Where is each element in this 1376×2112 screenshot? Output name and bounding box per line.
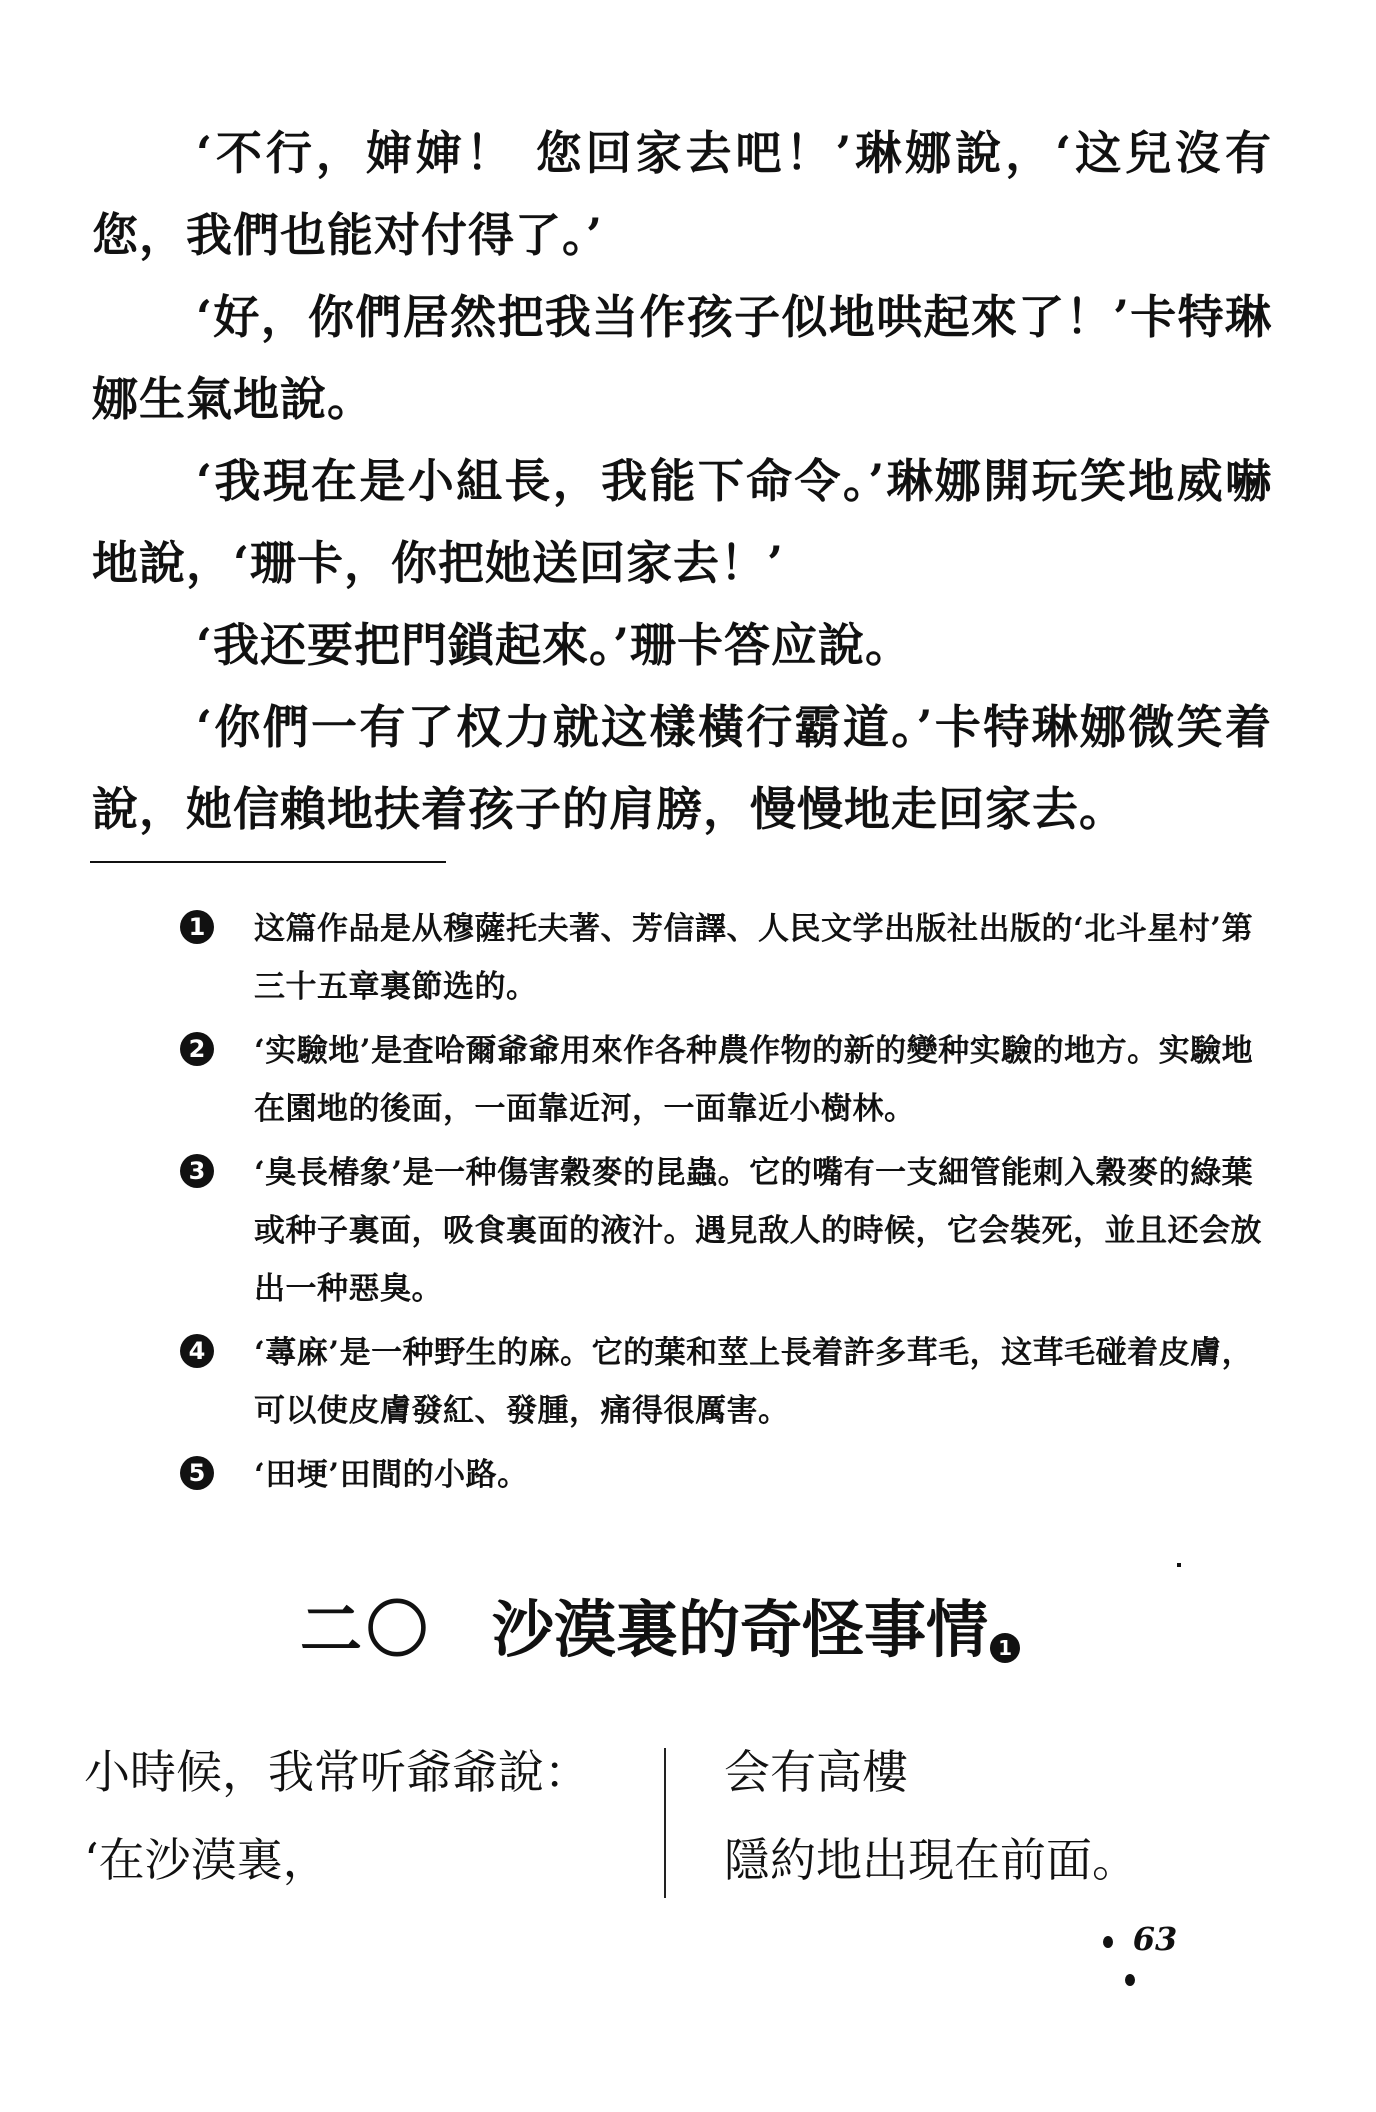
footnote-item: 5 ‘田埂’田間的小路。 <box>180 1446 1275 1504</box>
footnote-divider <box>90 861 446 863</box>
book-page: ‘不行，婶婶！ 您回家去吧！’琳娜說，‘这兒沒有您，我們也能对付得了。’ ‘好，… <box>0 0 1376 2112</box>
page-number-value: 63 <box>1133 1920 1178 1958</box>
footnote-marker-icon: 1 <box>990 1633 1020 1663</box>
column-divider <box>664 1748 666 1898</box>
footnote-text: ‘蕁麻’是一种野生的麻。它的葉和莖上長着許多茸毛，这茸毛碰着皮膚，可以使皮膚發紅… <box>254 1324 1275 1440</box>
poem-line: 会有高樓 <box>724 1728 1138 1816</box>
paragraph: ‘好，你們居然把我当作孩子似地哄起來了！’卡特琳娜生氣地說。 <box>92 276 1272 440</box>
paragraph: ‘你們一有了权力就这樣橫行霸道。’卡特琳娜微笑着說，她信賴地扶着孩子的肩膀，慢慢… <box>92 686 1272 850</box>
body-text: ‘不行，婶婶！ 您回家去吧！’琳娜說，‘这兒沒有您，我們也能对付得了。’ ‘好，… <box>92 112 1272 850</box>
paragraph: ‘我还要把門鎖起來。’珊卡答应說。 <box>92 604 1272 686</box>
chapter-number: 二〇 <box>300 1590 432 1670</box>
poem: 小時候，我常听爺爺說： ‘在沙漠裏， 会有高樓 隱約地出現在前面。 <box>84 1728 1284 1898</box>
paragraph: ‘我現在是小組長，我能下命令。’琳娜開玩笑地威嚇地說，‘珊卡，你把她送回家去！’ <box>92 440 1272 604</box>
poem-line: 小時候，我常听爺爺說： <box>84 1728 590 1816</box>
poem-line: 隱約地出現在前面。 <box>724 1816 1138 1904</box>
footnote-item: 3 ‘臭長椿象’是一种傷害穀麥的昆蟲。它的嘴有一支細管能刺入穀麥的綠葉或种子裏面… <box>180 1144 1275 1318</box>
poem-column-right: 会有高樓 隱約地出現在前面。 <box>724 1728 1138 1904</box>
footnote-text: ‘实驗地’是査哈爾爺爺用來作各种農作物的新的變种实驗的地方。实驗地在園地的後面，… <box>254 1022 1275 1138</box>
footnote-marker-icon: 3 <box>180 1154 214 1188</box>
footnote-marker-icon: 1 <box>180 910 214 944</box>
footnote-item: 1 这篇作品是从穆薩托夫著、芳信譯、人民文学出版社出版的‘北斗星村’第三十五章裏… <box>180 900 1275 1016</box>
print-speck <box>1177 1563 1181 1567</box>
bullet-icon <box>1125 1974 1135 1986</box>
poem-column-left: 小時候，我常听爺爺說： ‘在沙漠裏， <box>84 1728 590 1904</box>
paragraph: ‘不行，婶婶！ 您回家去吧！’琳娜說，‘这兒沒有您，我們也能对付得了。’ <box>92 112 1272 276</box>
page-number: 63 <box>1060 1920 1200 1996</box>
footnotes: 1 这篇作品是从穆薩托夫著、芳信譯、人民文学出版社出版的‘北斗星村’第三十五章裏… <box>180 900 1275 1510</box>
footnote-marker-icon: 4 <box>180 1334 214 1368</box>
footnote-item: 4 ‘蕁麻’是一种野生的麻。它的葉和莖上長着許多茸毛，这茸毛碰着皮膚，可以使皮膚… <box>180 1324 1275 1440</box>
footnote-text: ‘田埂’田間的小路。 <box>254 1446 1275 1504</box>
chapter-heading: 二〇沙漠裏的奇怪事情1 <box>300 1590 1100 1670</box>
footnote-text: ‘臭長椿象’是一种傷害穀麥的昆蟲。它的嘴有一支細管能刺入穀麥的綠葉或种子裏面，吸… <box>254 1144 1275 1318</box>
footnote-marker-icon: 2 <box>180 1032 214 1066</box>
bullet-icon <box>1103 1936 1113 1948</box>
footnote-marker-icon: 5 <box>180 1456 214 1490</box>
chapter-title: 沙漠裏的奇怪事情 <box>492 1593 988 1666</box>
footnote-item: 2 ‘实驗地’是査哈爾爺爺用來作各种農作物的新的變种实驗的地方。实驗地在園地的後… <box>180 1022 1275 1138</box>
poem-line: ‘在沙漠裏， <box>84 1816 590 1904</box>
footnote-text: 这篇作品是从穆薩托夫著、芳信譯、人民文学出版社出版的‘北斗星村’第三十五章裏節选… <box>254 900 1275 1016</box>
